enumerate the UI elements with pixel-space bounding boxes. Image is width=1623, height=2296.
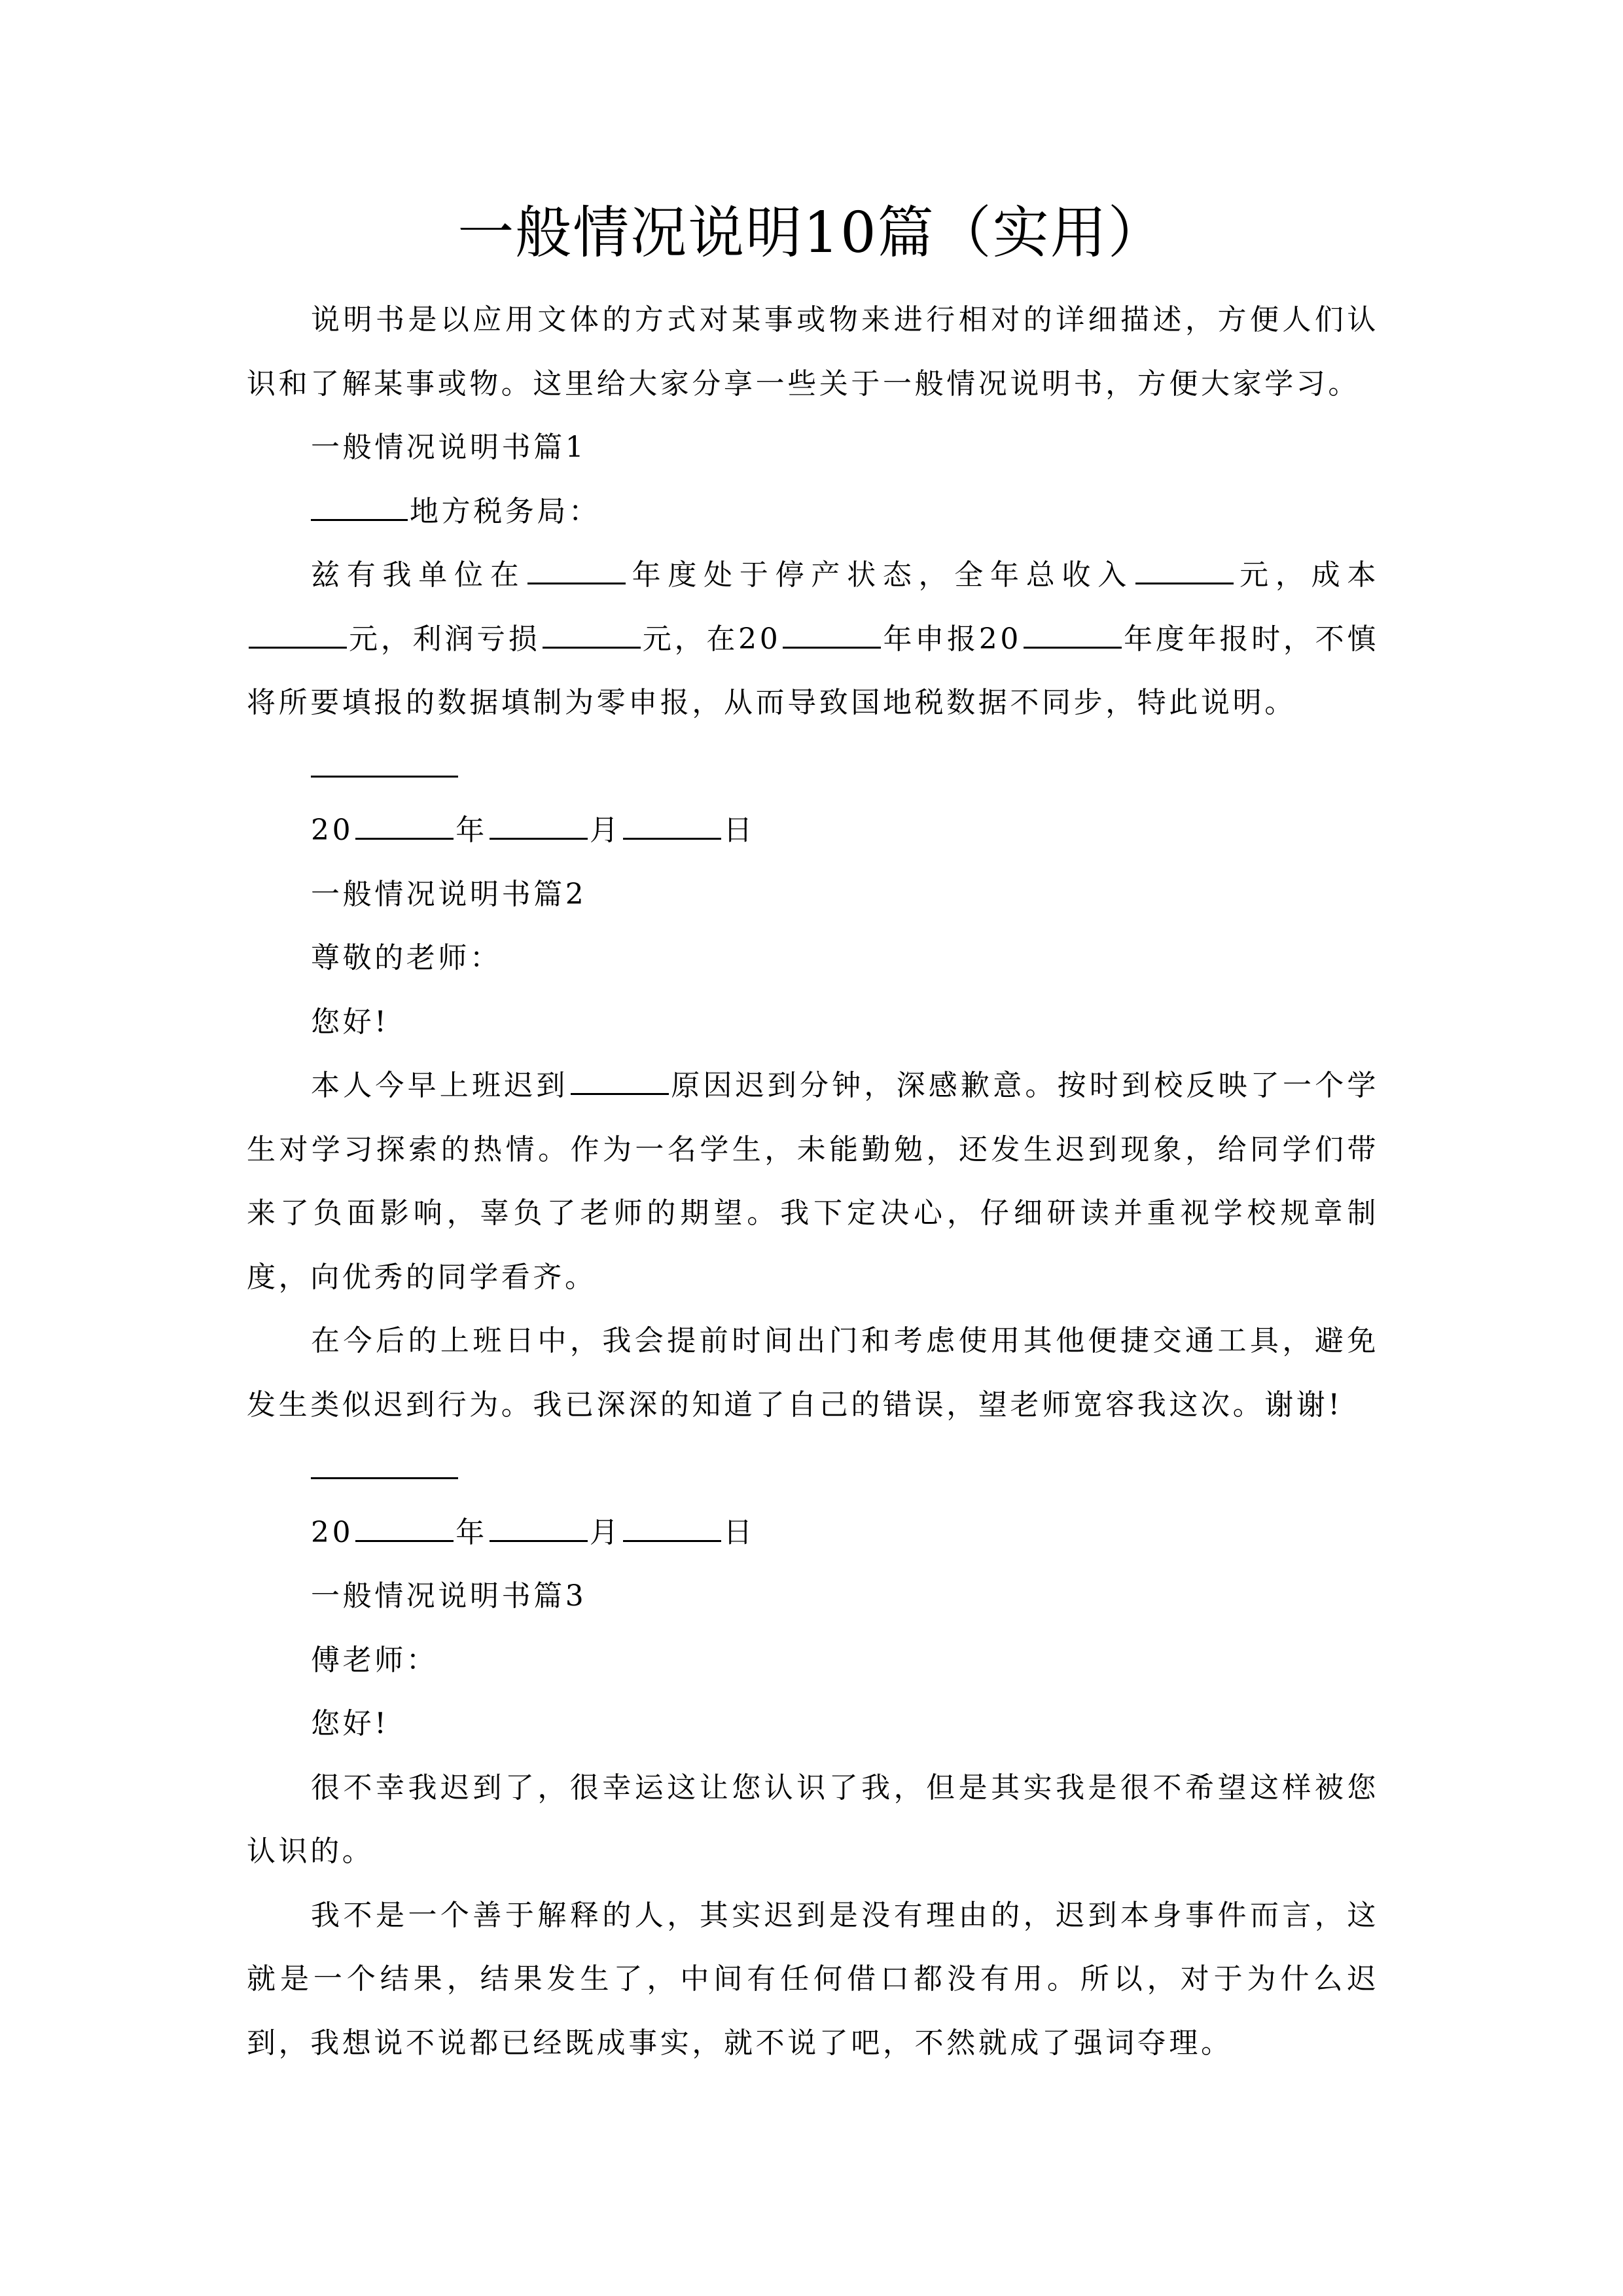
section-3-salutation: 傅老师： [247,1628,1379,1693]
fill-blank [311,497,408,521]
month-blank [490,1518,588,1542]
signature-line [311,776,458,778]
signature-area [247,1437,1379,1501]
fill-blank [249,624,347,649]
salutation-text: 地方税务局： [410,495,601,528]
intro-paragraph: 说明书是以应用文体的方式对某事或物来进行相对的详细描述，方便人们认识和了解某事或… [247,288,1379,416]
fill-blank [1024,624,1122,649]
year-blank [355,816,454,840]
fill-blank [783,624,881,649]
document-page: 一般情况说明10篇（实用） 说明书是以应用文体的方式对某事或物来进行相对的详细描… [0,0,1623,2296]
section-2-paragraph-2: 在今后的上班日中，我会提前时间出门和考虑使用其他便捷交通工具，避免发生类似迟到行… [247,1309,1379,1437]
section-heading-3: 一般情况说明书篇3 [247,1564,1379,1628]
section-heading-1: 一般情况说明书篇1 [247,416,1379,480]
signature-area [247,735,1379,799]
section-heading-2: 一般情况说明书篇2 [247,863,1379,927]
section-2-paragraph-1: 本人今早上班迟到原因迟到分钟，深感歉意。按时到校反映了一个学生对学习探索的热情。… [247,1054,1379,1309]
section-3-greeting: 您好! [247,1692,1379,1756]
month-blank [490,816,588,840]
section-1-date: 20年月日 [247,798,1379,863]
section-1-paragraph: 兹有我单位在年度处于停产状态，全年总收入元，成本元，利润亏损元，在20年申报20… [247,543,1379,735]
signature-line [311,1477,458,1479]
document-title: 一般情况说明10篇（实用） [0,194,1623,272]
document-body: 说明书是以应用文体的方式对某事或物来进行相对的详细描述，方便人们认识和了解某事或… [247,288,1379,2075]
section-2-greeting: 您好! [247,990,1379,1054]
year-blank [355,1518,454,1542]
section-3-paragraph-1: 很不幸我迟到了，很幸运这让您认识了我，但是其实我是很不希望这样被您认识的。 [247,1756,1379,1884]
day-blank [623,1518,721,1542]
section-2-salutation: 尊敬的老师： [247,926,1379,990]
section-1-salutation: 地方税务局： [247,480,1379,544]
day-blank [623,816,721,840]
fill-blank [1135,560,1234,584]
fill-blank [571,1071,669,1095]
fill-blank [527,560,626,584]
fill-blank [543,624,641,649]
section-2-date: 20年月日 [247,1501,1379,1565]
section-3-paragraph-2: 我不是一个善于解释的人，其实迟到是没有理由的，迟到本身事件而言，这就是一个结果，… [247,1884,1379,2075]
